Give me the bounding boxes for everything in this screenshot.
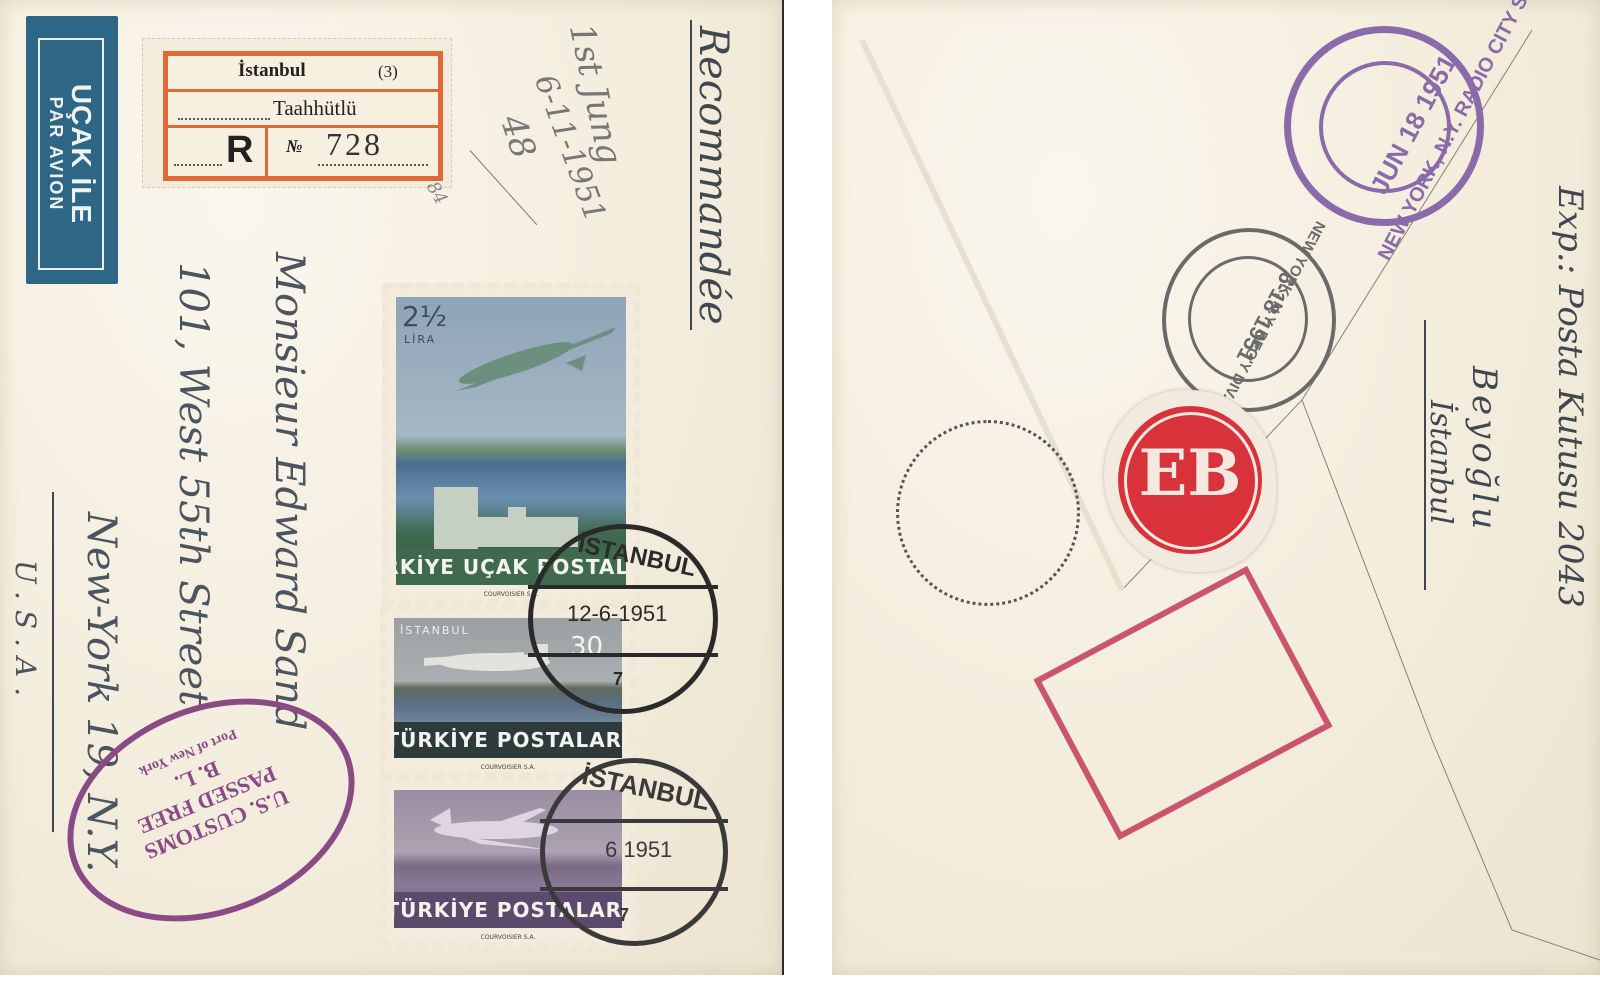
airmail-label: UÇAK İLE PAR AVION	[26, 16, 118, 284]
address-line-4: U.S.A.	[9, 560, 42, 706]
postmark-registry-division: NEW YORK, N.Y. REG'Y DIV. 6-18 1951	[1162, 228, 1336, 412]
envelope-back: NEW YORK, N.Y. RADIO CITY STA. JUN 18 19…	[832, 0, 1600, 975]
postmark-1-date: 12-6-1951	[567, 601, 667, 627]
istanbul-postmark-2: İSTANBUL 6 1951 7	[540, 758, 728, 946]
pencil-note-3: 48	[492, 110, 543, 164]
airmail-label-line1: UÇAK İLE	[66, 84, 96, 224]
airmail-label-line2: PAR AVION	[46, 84, 66, 224]
recommandee-marking: Recommandée	[690, 26, 736, 325]
registration-office: İstanbul	[238, 60, 306, 82]
address-line-2: 101, West 55th Street	[170, 262, 216, 706]
recommandee-underline	[690, 20, 692, 330]
registration-label: İstanbul (3) Taahhütlü R № 728	[142, 38, 452, 188]
address-line-1: Monsieur Edward Sand	[266, 252, 312, 730]
postmark-illegible	[896, 420, 1080, 606]
postmark-1-city: İSTANBUL	[575, 531, 698, 583]
stamp-2-title: TÜRKİYE POSTALARI	[394, 722, 622, 758]
address-underline	[52, 492, 54, 832]
sender-line-2: Beyoğlu	[1464, 366, 1504, 533]
sender-line-1: Exp.: Posta Kutusu 2043	[1550, 186, 1590, 608]
envelope-front: UÇAK İLE PAR AVION İstanbul (3) Taahhütl…	[0, 0, 784, 975]
stamp-2-place: İSTANBUL	[400, 624, 470, 637]
postmark-2-date: 6 1951	[605, 837, 672, 863]
postmark-1-number: 7	[613, 669, 623, 690]
seal-monogram: EB	[1118, 436, 1262, 511]
registration-office-number: (3)	[378, 62, 398, 82]
registration-letter: R	[226, 130, 253, 170]
istanbul-postmark-1: İSTANBUL 12-6-1951 7	[528, 524, 718, 714]
stamp-1-unit: LİRA	[404, 333, 436, 346]
postmark-2-number: 7	[619, 905, 629, 926]
registration-type: Taahhütlü	[273, 96, 357, 121]
postmark-2-city: İSTANBUL	[579, 760, 712, 817]
postmark-radio-city: NEW YORK, N.Y. RADIO CITY STA. JUN 18 19…	[1284, 26, 1484, 226]
sender-line-3: İstanbul	[1423, 400, 1458, 525]
registration-number-prefix: №	[286, 136, 302, 157]
pencil-stroke	[470, 150, 538, 225]
registration-number: 728	[326, 126, 383, 163]
airplane-icon	[436, 321, 616, 401]
